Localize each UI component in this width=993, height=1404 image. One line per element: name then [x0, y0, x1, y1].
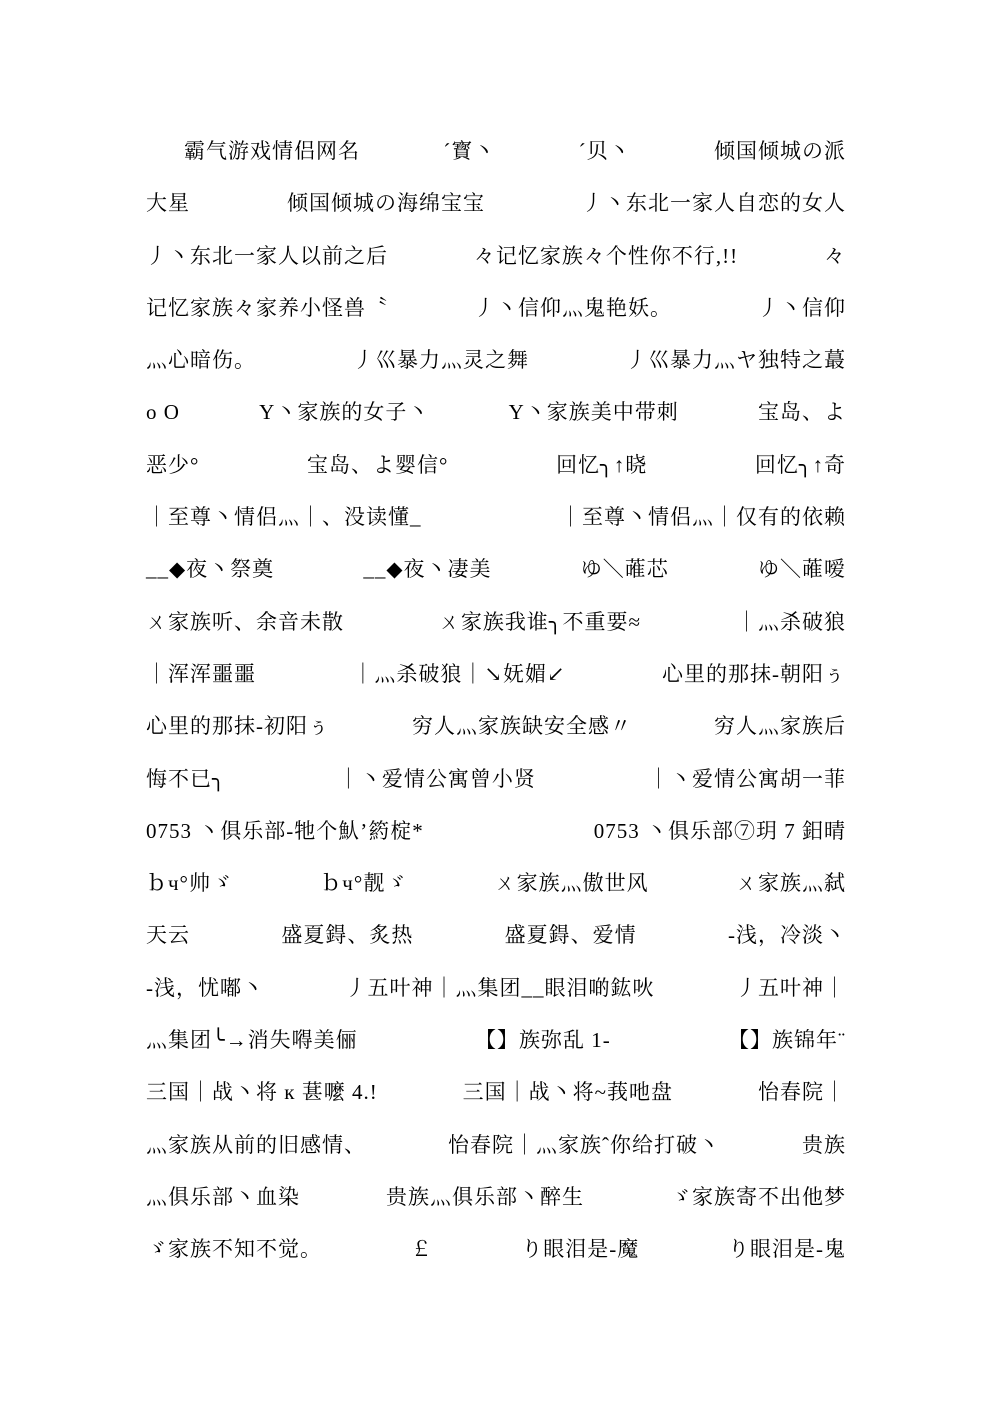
nickname: 盛夏鍀、炙热 — [281, 922, 413, 948]
nickname: 回忆╮↑奇 — [755, 452, 846, 478]
nickname: 【】族弥乱 1- — [475, 1027, 611, 1053]
text-line: 灬集团╰→消失嘚美俪【】族弥乱 1-【】族锦年¨ — [146, 1027, 846, 1079]
nickname: 宝岛、よ婴信° — [307, 452, 448, 478]
text-line: 霸气游戏情侣网名´寳丶´贝丶倾国倾城の派 — [146, 138, 846, 190]
text-line: ｜浑浑噩噩｜灬杀破狼｜↘妩媚↙心里的那抹-朝阳ぅ — [146, 661, 846, 713]
nickname: ｜浑浑噩噩 — [146, 661, 256, 687]
text-line: __◆夜丶祭奠__◆夜丶凄美ゆ＼蓶芯ゆ＼蓶嗳 — [146, 556, 846, 608]
text-line: 灬心暗伤。丿巛暴力灬灵之舞丿巛暴力灬ヤ独特之蕞 — [146, 347, 846, 399]
nickname: 々 — [824, 243, 846, 269]
text-line: 心里的那抹-初阳ぅ穷人灬家族缺安全感〃穷人灬家族后 — [146, 713, 846, 765]
nickname: 穷人灬家族后 — [714, 713, 846, 739]
nickname: ￡ — [411, 1236, 433, 1262]
nickname: 灬心暗伤。 — [146, 347, 256, 373]
text-line: 0753 丶俱乐部-牠个魜’箹椗*0753 丶俱乐部⑦玥 7 鈤晴 — [146, 818, 846, 870]
nickname: ´贝丶 — [579, 138, 631, 164]
nickname: 记忆家族々家养小怪兽〝 — [146, 295, 388, 321]
text-line: 大星倾国倾城の海绵宝宝丿丶东北一家人自恋的女人 — [146, 190, 846, 242]
nickname: ゞ家族不知不觉。 — [146, 1236, 322, 1262]
nickname: 丿五叶神｜ — [736, 975, 846, 1001]
document-page: 霸气游戏情侣网名´寳丶´贝丶倾国倾城の派大星倾国倾城の海绵宝宝丿丶东北一家人自恋… — [0, 0, 993, 1404]
nickname: 倾国倾城の海绵宝宝 — [287, 190, 485, 216]
nickname: 灬家族从前的旧感情、 — [146, 1132, 366, 1158]
nickname: 宝岛、よ — [758, 399, 846, 425]
nickname: 怡春院｜灬家族ˆ你给打破丶 — [448, 1132, 720, 1158]
nickname: 大星 — [146, 190, 190, 216]
nickname: 贵族灬俱乐部丶醉生 — [386, 1184, 584, 1210]
nickname: 悔不已╮ — [146, 766, 226, 792]
nickname: 丿巛暴力灬ヤ独特之蕞 — [626, 347, 846, 373]
nickname: ゆ＼蓶芯 — [581, 556, 669, 582]
text-line: 灬俱乐部丶血染贵族灬俱乐部丶醉生ゞ家族寄不出他梦 — [146, 1184, 846, 1236]
nickname: ｜至尊丶情侣灬｜仅有的依赖 — [560, 504, 846, 530]
text-line: ｜至尊丶情侣灬｜、没读懂_｜至尊丶情侣灬｜仅有的依赖 — [146, 504, 846, 556]
nickname: Y丶家族美中带刺 — [509, 399, 679, 425]
nickname: 々记忆家族々个性你不行,!! — [474, 243, 738, 269]
nickname: ㄨ家族灬弑 — [736, 870, 846, 896]
nickname: ゞ家族寄不出他梦 — [670, 1184, 846, 1210]
nickname: __◆夜丶祭奠 — [146, 556, 274, 582]
text-line: 天云盛夏鍀、炙热盛夏鍀、爱情-浅，冷淡丶 — [146, 922, 846, 974]
page-title: 霸气游戏情侣网名 — [184, 138, 360, 164]
nickname: 心里的那抹-朝阳ぅ — [662, 661, 846, 687]
nickname: ｜至尊丶情侣灬｜、没读懂_ — [146, 504, 422, 530]
text-line: 记忆家族々家养小怪兽〝丿丶信仰灬鬼艳妖。丿丶信仰 — [146, 295, 846, 347]
nickname: 心里的那抹-初阳ぅ — [146, 713, 330, 739]
nickname: ｂч°靓ゞ — [320, 870, 407, 896]
text-line: ㄨ家族听、余音未散ㄨ家族我谁╮不重要≈｜灬杀破狼 — [146, 609, 846, 661]
nickname: 【】族锦年¨ — [728, 1027, 846, 1053]
nickname: ｜灬杀破狼 — [736, 609, 846, 635]
nickname: 三国｜战丶将~莪吔盘 — [463, 1079, 673, 1105]
nickname: 怡春院｜ — [758, 1079, 846, 1105]
nickname: 丿丶东北一家人以前之后 — [146, 243, 388, 269]
nickname: ㄨ家族灬傲世风 — [495, 870, 649, 896]
nickname: 贵族 — [802, 1132, 846, 1158]
nickname: 天云 — [146, 922, 190, 948]
nickname: 灬俱乐部丶血染 — [146, 1184, 300, 1210]
nickname: 盛夏鍀、爱情 — [505, 922, 637, 948]
nickname: り眼泪是-魔 — [521, 1236, 639, 1262]
nickname: 回忆╮↑晓 — [556, 452, 647, 478]
text-line: 恶少°宝岛、よ婴信°回忆╮↑晓回忆╮↑奇 — [146, 452, 846, 504]
nickname-list: 霸气游戏情侣网名´寳丶´贝丶倾国倾城の派大星倾国倾城の海绵宝宝丿丶东北一家人自恋… — [146, 138, 846, 1289]
nickname: ´寳丶 — [443, 138, 495, 164]
nickname: ｜丶爱情公寓胡一菲 — [648, 766, 846, 792]
nickname: 0753 丶俱乐部⑦玥 7 鈤晴 — [594, 818, 846, 844]
nickname: ｂч°帅ゞ — [146, 870, 233, 896]
nickname: ｜丶爱情公寓曾小贤 — [338, 766, 536, 792]
nickname: Y丶家族的女子丶 — [259, 399, 429, 425]
nickname: り眼泪是-鬼 — [728, 1236, 846, 1262]
nickname: ㄨ家族我谁╮不重要≈ — [439, 609, 641, 635]
nickname: 恶少° — [146, 452, 199, 478]
nickname: -浅，冷淡丶 — [728, 922, 846, 948]
nickname: 丿巛暴力灬灵之舞 — [353, 347, 529, 373]
nickname: ｜灬杀破狼｜↘妩媚↙ — [352, 661, 565, 687]
text-line: 悔不已╮｜丶爱情公寓曾小贤｜丶爱情公寓胡一菲 — [146, 766, 846, 818]
nickname: 穷人灬家族缺安全感〃 — [412, 713, 632, 739]
text-line: o OY丶家族的女子丶Y丶家族美中带刺宝岛、よ — [146, 399, 846, 451]
nickname: o O — [146, 399, 180, 425]
text-line: -浅，忧嘟丶丿五叶神｜灬集团__眼泪啲鈜吙丿五叶神｜ — [146, 975, 846, 1027]
nickname: 灬集团╰→消失嘚美俪 — [146, 1027, 358, 1053]
nickname: ㄨ家族听、余音未散 — [146, 609, 344, 635]
text-line: 灬家族从前的旧感情、怡春院｜灬家族ˆ你给打破丶贵族 — [146, 1132, 846, 1184]
nickname: ゆ＼蓶嗳 — [758, 556, 846, 582]
nickname: __◆夜丶凄美 — [363, 556, 491, 582]
text-line: ｂч°帅ゞｂч°靓ゞㄨ家族灬傲世风ㄨ家族灬弑 — [146, 870, 846, 922]
nickname: 丿丶信仰灬鬼艳妖。 — [474, 295, 672, 321]
nickname: 丿丶信仰 — [758, 295, 846, 321]
nickname: 丿五叶神｜灬集团__眼泪啲鈜吙 — [346, 975, 655, 1001]
nickname: 0753 丶俱乐部-牠个魜’箹椗* — [146, 818, 424, 844]
nickname: 三国｜战丶将 к 葚嚒 4.! — [146, 1079, 378, 1105]
text-line: 丿丶东北一家人以前之后々记忆家族々个性你不行,!!々 — [146, 243, 846, 295]
text-line: ゞ家族不知不觉。￡り眼泪是-魔り眼泪是-鬼 — [146, 1236, 846, 1288]
text-line: 三国｜战丶将 к 葚嚒 4.!三国｜战丶将~莪吔盘怡春院｜ — [146, 1079, 846, 1131]
nickname: 倾国倾城の派 — [714, 138, 846, 164]
nickname: 丿丶东北一家人自恋的女人 — [582, 190, 846, 216]
nickname: -浅，忧嘟丶 — [146, 975, 264, 1001]
